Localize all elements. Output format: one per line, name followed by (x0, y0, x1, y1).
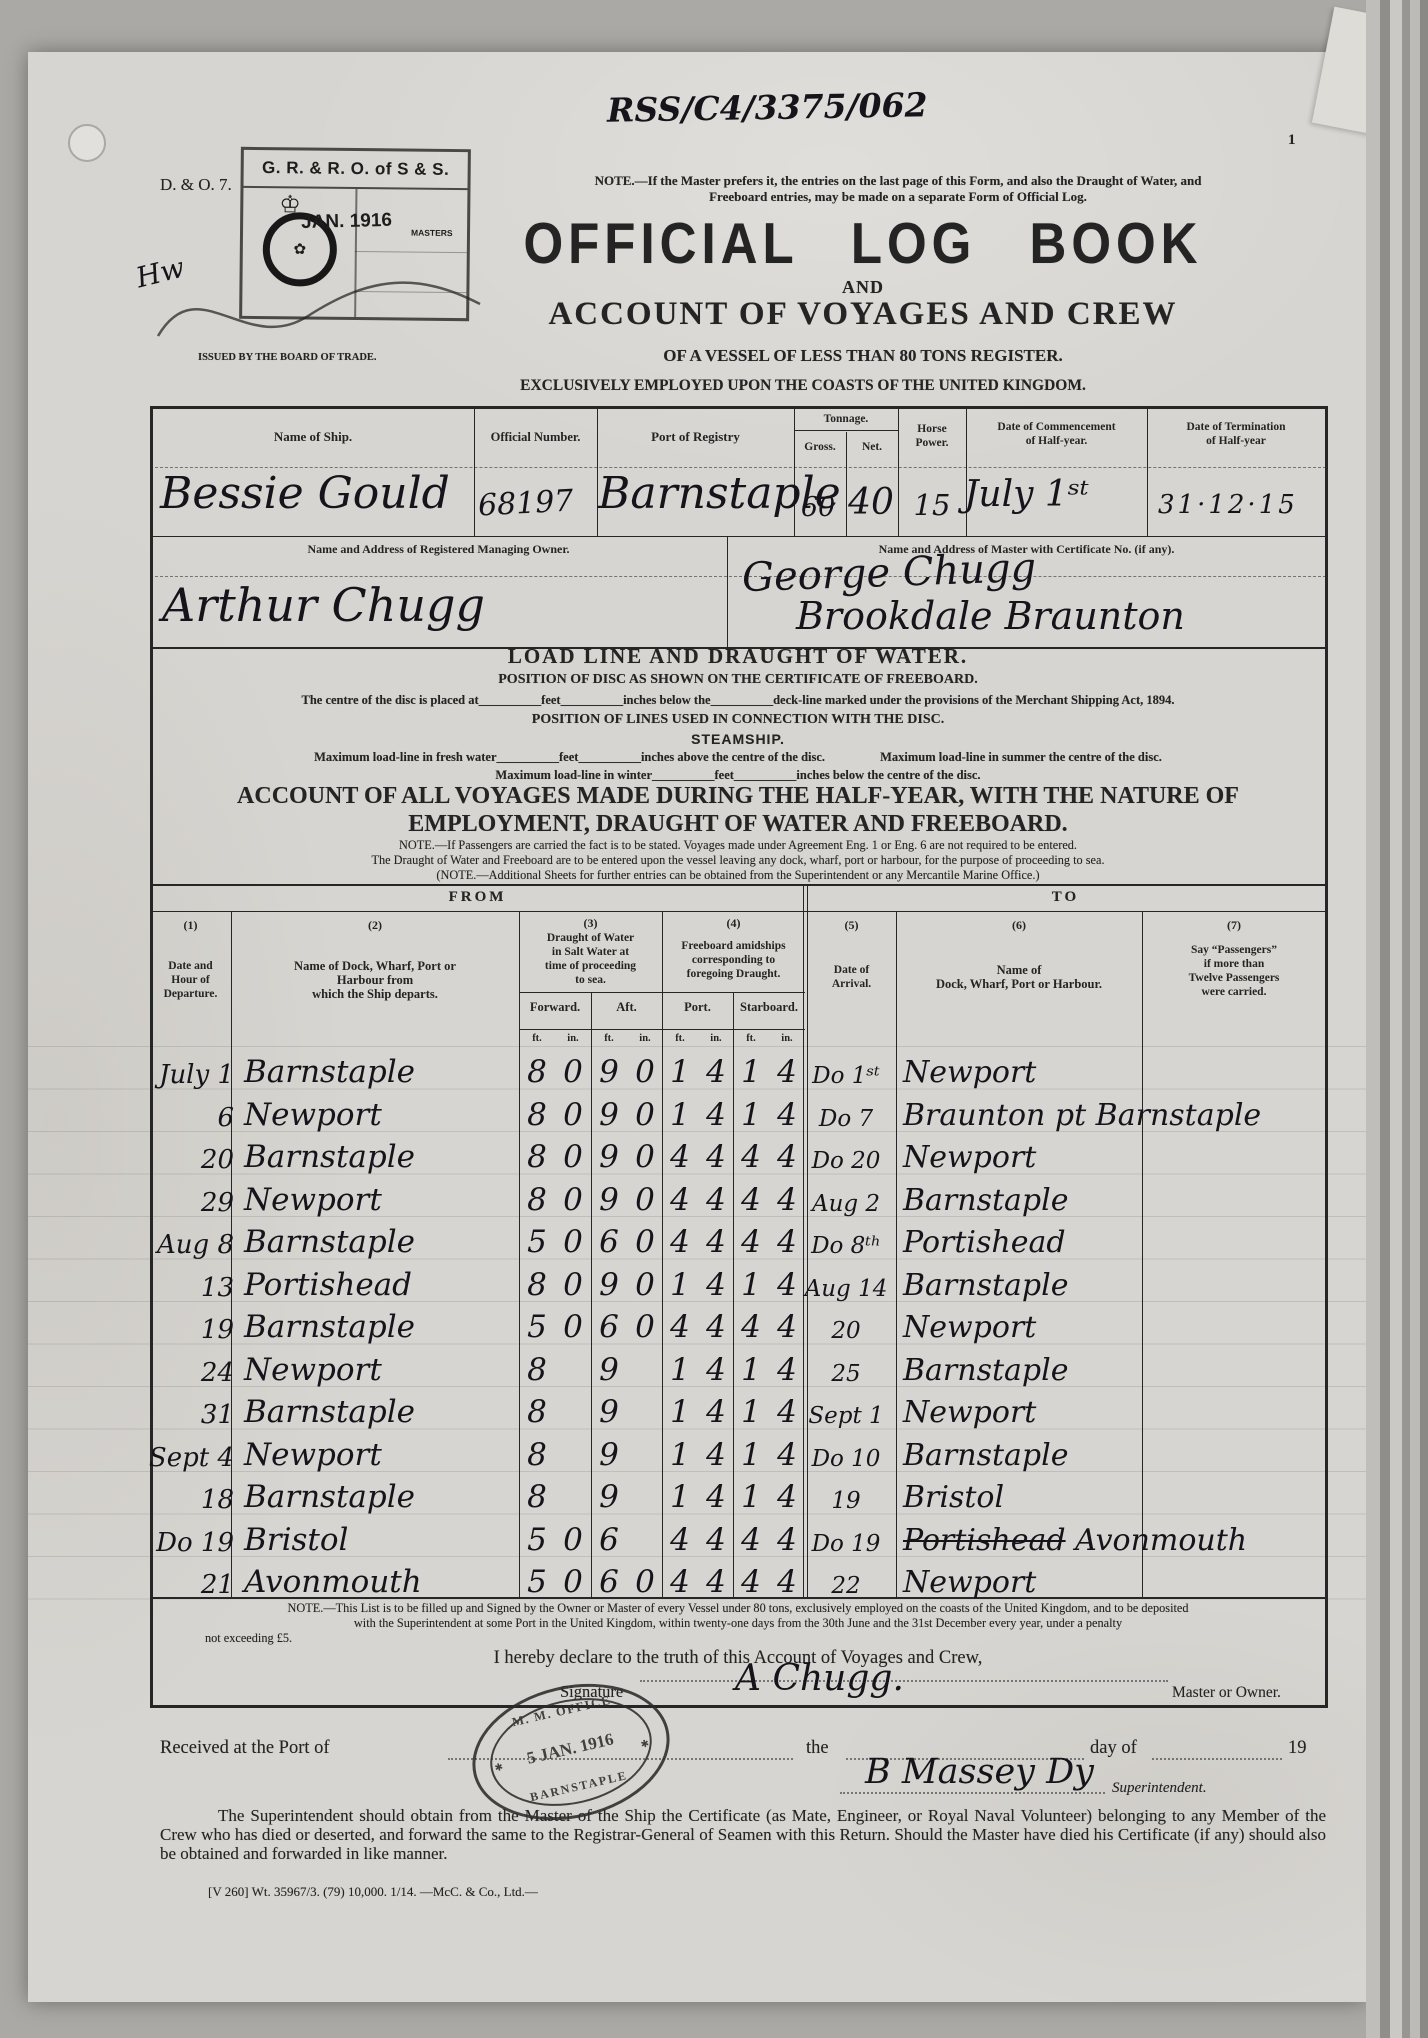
page-edge (1420, 0, 1428, 2038)
voyage-cell: 4 (696, 1355, 736, 1386)
voyage-cell: 4 (731, 1142, 771, 1173)
port-header: Port. (662, 1000, 733, 1014)
voyage-cell: Newport (903, 1143, 1036, 1173)
voyage-cell: Barnstaple (244, 1482, 415, 1513)
voyage-cell: 6 (589, 1567, 629, 1598)
voyage-cell: 29 (148, 1190, 234, 1216)
voyage-cell: 4 (696, 1440, 736, 1471)
voyage-cell: 31 (148, 1402, 234, 1428)
day-of-label: day of (1090, 1738, 1137, 1759)
voyage-cell: Sept 1 (797, 1405, 895, 1428)
vessel-subtitle: OF A VESSEL OF LESS THAN 80 TONS REGISTE… (400, 346, 1326, 366)
voyage-cell: 1 (660, 1482, 700, 1513)
voyage-cell: 8 (517, 1057, 557, 1088)
voyage-cell: Do 10 (797, 1448, 895, 1471)
voyage-cell: 9 (589, 1440, 629, 1471)
ft-label: ft. (733, 1032, 769, 1046)
month-fill-line (1152, 1758, 1282, 1760)
steamship-label: STEAMSHIP. (150, 731, 1326, 747)
voyage-cell: Do 7 (797, 1108, 895, 1131)
voyage-cell: Do 19 (797, 1533, 895, 1556)
bottom-note-2: with the Superintendent at some Port in … (155, 1616, 1321, 1631)
voyage-cell: 22 (797, 1575, 895, 1598)
voyage-cell: 5 (517, 1227, 557, 1258)
voyage-cell: 4 (696, 1397, 736, 1428)
voyage-cell: 9 (589, 1397, 629, 1428)
voyage-cell: 1 (731, 1355, 771, 1386)
voyage-cell: Avonmouth (244, 1567, 422, 1598)
voyage-cell: 4 (696, 1525, 736, 1556)
voyage-cell: Newport (244, 1355, 382, 1386)
horse-power-value: 15 (898, 488, 966, 522)
voyage-cell: 0 (553, 1185, 593, 1216)
from-header: FROM (150, 889, 805, 906)
owner-dash (150, 576, 1326, 577)
voyage-cell: 4 (696, 1270, 736, 1301)
voyage-row: 19Barnstaple5060444420Newport (0, 1301, 1428, 1344)
commencement-header: Date of Commencement (966, 420, 1147, 434)
loadline-max-winter: Maximum load-line in winter__________fee… (150, 768, 1326, 783)
official-number-header: Official Number. (474, 430, 597, 444)
voyage-cell: Barnstaple (244, 1227, 415, 1258)
page-edge (1410, 0, 1420, 2038)
voyage-cell: 1 (731, 1440, 771, 1471)
punch-hole (68, 124, 106, 162)
page-number: 1 (1288, 132, 1296, 149)
voyage-cell: 0 (553, 1142, 593, 1173)
voyage-cell: Do 8ᵗʰ (797, 1235, 895, 1258)
voyage-cell: 0 (625, 1057, 665, 1088)
voyage-cell: Bristol (244, 1525, 348, 1556)
voyage-cell: 4 (731, 1312, 771, 1343)
voyage-cell: 6 (148, 1105, 234, 1131)
voyage-row: 13Portishead80901414Aug 14Barnstaple (0, 1259, 1428, 1302)
gross-header: Gross. (794, 440, 846, 454)
voyage-row: July 1Barnstaple80901414Do 1ˢᵗNewport (0, 1046, 1428, 1089)
voyage-cell: Newport (903, 1398, 1036, 1428)
voyage-row: 29Newport80904444Aug 2Barnstaple (0, 1174, 1428, 1217)
title-and: AND (400, 277, 1326, 298)
voyage-cell: Barnstaple (903, 1441, 1068, 1471)
voyage-cell: Barnstaple (244, 1312, 415, 1343)
voyage-cell: Newport (244, 1185, 382, 1216)
voyage-cell: 9 (589, 1482, 629, 1513)
voyage-cell: 4 (660, 1227, 700, 1258)
in-label: in. (555, 1032, 591, 1046)
voyage-row: 6Newport80901414Do 7Braunton pt Barnstap… (0, 1089, 1428, 1132)
voyage-cell: 1 (731, 1270, 771, 1301)
voyage-cell: 1 (660, 1100, 700, 1131)
voyage-cell: 4 (660, 1312, 700, 1343)
signature-line (640, 1680, 1168, 1682)
net-value: 40 (844, 482, 898, 523)
page-edge (1366, 0, 1380, 2038)
col4-header: (4) Freeboard amidships corresponding to… (662, 916, 805, 981)
voyage-cell: 0 (553, 1525, 593, 1556)
crown-icon: ♔ (279, 190, 301, 219)
voyage-cell: 13 (148, 1275, 234, 1301)
superintendent-label: Superintendent. (1112, 1780, 1207, 1797)
voyage-cell: Portishead (244, 1270, 412, 1301)
form-border-bottom (150, 1705, 1328, 1708)
in-label: in. (627, 1032, 663, 1046)
account-note-1: NOTE.—If Passengers are carried the fact… (150, 838, 1326, 853)
voyage-cell: Do 20 (797, 1150, 895, 1173)
voyage-cell: 5 (517, 1567, 557, 1598)
ship-row-bottom (150, 536, 1326, 537)
archive-reference-handwriting: RSS/C4/3375/062 (607, 85, 928, 130)
voyage-cell: 1 (731, 1482, 771, 1513)
voyage-cell: 4 (731, 1567, 771, 1598)
ft-label: ft. (519, 1032, 555, 1046)
voyage-row: 24Newport89141425Barnstaple (0, 1344, 1428, 1387)
voyage-cell: 19 (148, 1317, 234, 1343)
col1-header: (1) Date and Hour of Departure. (150, 918, 231, 1001)
voyage-cell: 8 (517, 1397, 557, 1428)
voyage-cell: Barnstaple (244, 1142, 415, 1173)
voyage-cell: 1 (731, 1057, 771, 1088)
voyage-cell: Do 1ˢᵗ (797, 1065, 895, 1088)
tonnage-underline (794, 430, 898, 431)
tonnage-header: Tonnage. (794, 412, 898, 426)
voyage-cell: 4 (731, 1185, 771, 1216)
stamp-date: JAN. 1916 (301, 210, 392, 234)
voyage-cell: 4 (660, 1185, 700, 1216)
voyage-cell: 4 (731, 1227, 771, 1258)
voyage-cell: 6 (589, 1525, 629, 1556)
ship-name-header: Name of Ship. (153, 430, 473, 444)
loadline-title: LOAD LINE AND DRAUGHT OF WATER. (150, 644, 1326, 669)
voyage-cell: Portishead (903, 1228, 1066, 1258)
voyage-cell: 0 (625, 1185, 665, 1216)
voyage-cell: 0 (625, 1227, 665, 1258)
voyage-cell: 6 (589, 1227, 629, 1258)
top-note-line2: Freeboard entries, may be made on a sepa… (470, 189, 1326, 205)
page-edge (1402, 0, 1410, 2038)
voyage-cell: Barnstaple (244, 1057, 415, 1088)
voyage-cell: Braunton pt Barnstaple (903, 1101, 1261, 1131)
voyage-cell: Barnstaple (903, 1356, 1068, 1386)
voyage-cell: 9 (589, 1100, 629, 1131)
voyage-cell: 1 (660, 1355, 700, 1386)
voyage-row: 20Barnstaple80904444Do 20Newport (0, 1131, 1428, 1174)
voyage-cell: 9 (589, 1185, 629, 1216)
official-number-value: 68197 (477, 484, 574, 524)
in-label: in. (769, 1032, 805, 1046)
ship-col-line (474, 406, 475, 536)
termination-header: Date of Termination (1147, 420, 1325, 434)
voyage-cell: 4 (660, 1525, 700, 1556)
voyage-cell: 1 (731, 1100, 771, 1131)
master-signature: A Chugg. (735, 1658, 904, 1699)
voyage-cell: Sept 4 (148, 1445, 234, 1471)
voyage-row: Sept 4Newport891414Do 10Barnstaple (0, 1429, 1428, 1472)
voyage-cell: 8 (517, 1440, 557, 1471)
the-label: the (806, 1738, 829, 1759)
loadline-position-lines: POSITION OF LINES USED IN CONNECTION WIT… (150, 712, 1326, 728)
voyage-cell: Newport (244, 1100, 382, 1131)
voyage-cell: 4 (696, 1312, 736, 1343)
voyage-cell: 20 (148, 1147, 234, 1173)
voyage-cell: 5 (517, 1525, 557, 1556)
voyage-cell: Newport (903, 1058, 1036, 1088)
voyage-cell: Barnstaple (903, 1271, 1068, 1301)
voyage-cell: 0 (625, 1312, 665, 1343)
subtitle-main: ACCOUNT OF VOYAGES AND CREW (400, 296, 1326, 333)
account-heading-2: EMPLOYMENT, DRAUGHT OF WATER AND FREEBOA… (150, 811, 1326, 838)
page-edge (1390, 0, 1402, 2038)
voyage-cell: 1 (660, 1397, 700, 1428)
voyage-cell: 5 (517, 1312, 557, 1343)
voyage-row: 31Barnstaple891414Sept 1Newport (0, 1386, 1428, 1429)
vt-top-line (150, 884, 1326, 886)
col3-header: (3) Draught of Water in Salt Water at ti… (519, 916, 662, 987)
voyage-cell: 25 (797, 1363, 895, 1386)
voyage-cell: 0 (553, 1227, 593, 1258)
voyage-cell: 4 (696, 1482, 736, 1513)
voyage-cell: 4 (696, 1057, 736, 1088)
voyage-cell: Barnstaple (903, 1186, 1068, 1216)
voyage-cell: 0 (553, 1100, 593, 1131)
page-edge (1380, 0, 1390, 2038)
voyage-cell: 8 (517, 1355, 557, 1386)
top-note: NOTE.—If the Master prefers it, the entr… (470, 173, 1326, 205)
voyage-cell: 0 (625, 1270, 665, 1301)
voyage-cell: Newport (903, 1568, 1036, 1598)
form-code: D. & O. 7. (160, 175, 232, 195)
account-note-2: The Draught of Water and Freeboard are t… (150, 853, 1326, 868)
forward-header: Forward. (519, 1000, 591, 1014)
voyage-cell: Bristol (903, 1483, 1004, 1513)
stamp-office-title: G. R. & R. O. of S & S. (243, 150, 467, 190)
voyage-cell: 4 (696, 1227, 736, 1258)
voyage-cell: 8 (517, 1142, 557, 1173)
voyage-cell: 4 (696, 1100, 736, 1131)
superintendent-signature: B Massey Dy (865, 1752, 1094, 1792)
voyage-cell: 0 (553, 1567, 593, 1598)
ft-label: ft. (662, 1032, 698, 1046)
ft-label: ft. (591, 1032, 627, 1046)
voyage-cell: July 1 (148, 1062, 234, 1088)
voyage-cell: 4 (660, 1142, 700, 1173)
voyage-cell: 1 (660, 1440, 700, 1471)
loadline-centre: The centre of the disc is placed at_____… (150, 693, 1326, 708)
col6-header: (6) Name of Dock, Wharf, Port or Harbour… (896, 918, 1142, 991)
vt-sub-line (519, 992, 805, 993)
voyage-cell: 8 (517, 1270, 557, 1301)
ship-name-value: Bessie Gould (160, 468, 450, 519)
voyage-cell: 0 (553, 1057, 593, 1088)
voyage-cell: 8 (517, 1185, 557, 1216)
account-heading-1: ACCOUNT OF ALL VOYAGES MADE DURING THE H… (150, 783, 1326, 810)
vt-header-line (150, 911, 1326, 912)
col5-header: (5) Date of Arrival. (807, 918, 896, 991)
voyage-cell: Newport (903, 1313, 1036, 1343)
voyage-cell: 8 (517, 1100, 557, 1131)
voyage-cell: 1 (660, 1270, 700, 1301)
voyage-cell: 1 (660, 1057, 700, 1088)
col7-header: (7) Say “Passengers” if more than Twelve… (1142, 918, 1326, 999)
voyage-cell: Newport (244, 1440, 382, 1471)
vt-sub-line (519, 1029, 805, 1030)
termination-value: 31·12·15 (1158, 490, 1298, 520)
voyage-cell: 21 (148, 1572, 234, 1598)
top-note-line1: NOTE.—If the Master prefers it, the entr… (470, 173, 1326, 189)
voyage-cell: 6 (589, 1312, 629, 1343)
voyage-row: Aug 8Barnstaple50604444Do 8ᵗʰPortishead (0, 1216, 1428, 1259)
stamp-masters-label: MASTERS (411, 228, 453, 238)
owner-header: Name and Address of Registered Managing … (150, 542, 727, 556)
voyage-cell: 9 (589, 1355, 629, 1386)
master-or-owner-label: Master or Owner. (1172, 1684, 1281, 1702)
voyage-row: 21Avonmouth5060444422Newport (0, 1556, 1428, 1599)
owner-value: Arthur Chugg (162, 578, 485, 632)
col2-header: (2) Name of Dock, Wharf, Port or Harbour… (231, 918, 519, 1001)
in-label: in. (698, 1032, 734, 1046)
voyage-cell: 0 (553, 1270, 593, 1301)
commencement-value: July 1ˢᵗ (964, 474, 1089, 515)
year-label: 19 (1288, 1738, 1307, 1759)
horse-power-header: Horse (898, 422, 966, 436)
voyage-cell: Do 19 (148, 1530, 234, 1556)
voyage-cell: 4 (696, 1142, 736, 1173)
voyage-cell: Barnstaple (244, 1397, 415, 1428)
voyage-cell: 9 (589, 1270, 629, 1301)
voyage-cell: 8 (517, 1482, 557, 1513)
main-title: OFFICIAL LOG BOOK (400, 210, 1326, 276)
voyage-cell: Aug 2 (797, 1193, 895, 1216)
voyage-cell: 9 (589, 1142, 629, 1173)
coasts-subtitle: EXCLUSIVELY EMPLOYED UPON THE COASTS OF … (280, 377, 1326, 395)
voyage-row: Do 19Bristol5064444Do 19Portishead Avonm… (0, 1514, 1428, 1557)
printer-footer: [V 260] Wt. 35967/3. (79) 10,000. 1/14. … (208, 1884, 538, 1900)
voyage-cell: 0 (625, 1142, 665, 1173)
to-header: TO (805, 889, 1326, 906)
voyage-cell: 0 (625, 1100, 665, 1131)
voyage-cell: Portishead Avonmouth (903, 1526, 1247, 1556)
gross-value: 60 (792, 492, 844, 523)
voyage-cell: 0 (625, 1567, 665, 1598)
account-note-3: (NOTE.—Additional Sheets for further ent… (150, 868, 1326, 883)
loadline-max-fresh: Maximum load-line in fresh water________… (150, 750, 1326, 765)
voyage-cell: 1 (731, 1397, 771, 1428)
voyage-row: 18Barnstaple89141419Bristol (0, 1471, 1428, 1514)
voyage-cell: 4 (731, 1525, 771, 1556)
loadline-position-disc: POSITION OF DISC AS SHOWN ON THE CERTIFI… (150, 672, 1326, 688)
bottom-note-1: NOTE.—This List is to be filled up and S… (155, 1601, 1321, 1616)
voyage-cell: 19 (797, 1490, 895, 1513)
master-address-value: Brookdale Braunton (796, 594, 1185, 638)
superintendent-line (840, 1792, 1105, 1794)
voyage-cell: Aug 8 (148, 1232, 234, 1258)
superintendent-paragraph: The Superintendent should obtain from th… (160, 1806, 1326, 1863)
received-at-port-label: Received at the Port of (160, 1738, 330, 1759)
voyage-cell: 24 (148, 1360, 234, 1386)
starboard-header: Starboard. (733, 1000, 805, 1014)
scanned-log-book-page: RSS/C4/3375/062 1 D. & O. 7. G. R. & R. … (0, 0, 1428, 2038)
voyage-cell: 20 (797, 1320, 895, 1343)
port-registry-header: Port of Registry (597, 430, 794, 444)
net-header: Net. (846, 440, 898, 454)
voyage-cell: Aug 14 (797, 1278, 895, 1301)
voyage-cell: 18 (148, 1487, 234, 1513)
voyage-cell: 0 (553, 1312, 593, 1343)
voyage-cell: 9 (589, 1057, 629, 1088)
voyage-cell: 4 (696, 1567, 736, 1598)
ink-scribble (150, 250, 490, 360)
aft-header: Aft. (591, 1000, 662, 1014)
voyage-cell: 4 (660, 1567, 700, 1598)
form-border-top (150, 406, 1328, 409)
voyage-cell: 4 (696, 1185, 736, 1216)
bottom-note-3: not exceeding £5. (205, 1631, 292, 1646)
